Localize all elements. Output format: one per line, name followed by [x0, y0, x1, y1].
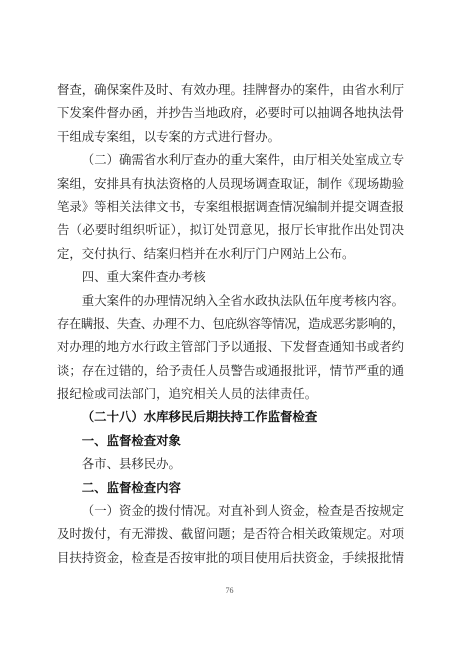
text-line: 干组成专案组，以专案的方式进行督办。: [57, 126, 404, 149]
text-line: 重大案件的办理情况纳入全省水政执法队伍年度考核内容。: [57, 290, 404, 313]
text-line: 案组，安排具有执法资格的人员现场调查取证，制作《现场勘验: [57, 173, 404, 196]
text-line: 二、监督检查内容: [57, 477, 404, 500]
text-line: 存在瞒报、失查、办理不力、包庇纵容等情况，造成恶劣影响的，: [57, 313, 404, 336]
text-line: （二）确需省水利厅查办的重大案件，由厅相关处室成立专: [57, 149, 404, 172]
text-line: 笔录》等相关法律文书，专案组根据调查情况编制并提交调查报: [57, 196, 404, 219]
text-block: 督查，确保案件及时、有效办理。挂牌督办的案件，由省水利厅下发案件督办函，并抄告当…: [57, 79, 404, 570]
text-line: 谈；存在过错的，给予责任人员警告或通报批评，情节严重的通: [57, 360, 404, 383]
text-line: 下发案件督办函，并抄告当地政府，必要时可以抽调各地执法骨: [57, 102, 404, 125]
text-line: （二十八）水库移民后期扶持工作监督检查: [57, 406, 404, 429]
text-line: （一）资金的拨付情况。对直补到人资金，检查是否按规定: [57, 500, 404, 523]
text-line: 一、监督检查对象: [57, 430, 404, 453]
document-page: 督查，确保案件及时、有效办理。挂牌督办的案件，由省水利厅下发案件督办函，并抄告当…: [0, 0, 459, 650]
text-line: 报纪检或司法部门，追究相关人员的法律责任。: [57, 383, 404, 406]
text-line: 督查，确保案件及时、有效办理。挂牌督办的案件，由省水利厅: [57, 79, 404, 102]
text-line: 各市、县移民办。: [57, 453, 404, 476]
page-number: 76: [0, 586, 459, 596]
text-line: 对办理的地方水行政主管部门予以通报、下发督查通知书或者约: [57, 336, 404, 359]
text-line: 及时拨付，有无滞拨、截留问题；是否符合相关政策规定。对项: [57, 523, 404, 546]
text-line: 定，交付执行、结案归档并在水利厅门户网站上公布。: [57, 243, 404, 266]
text-line: 四、重大案件查办考核: [57, 266, 404, 289]
text-line: 目扶持资金，检查是否按审批的项目使用后扶资金，手续报批情: [57, 547, 404, 570]
text-line: 告（必要时组织听证），拟订处罚意见，报厅长审批作出处罚决: [57, 219, 404, 242]
